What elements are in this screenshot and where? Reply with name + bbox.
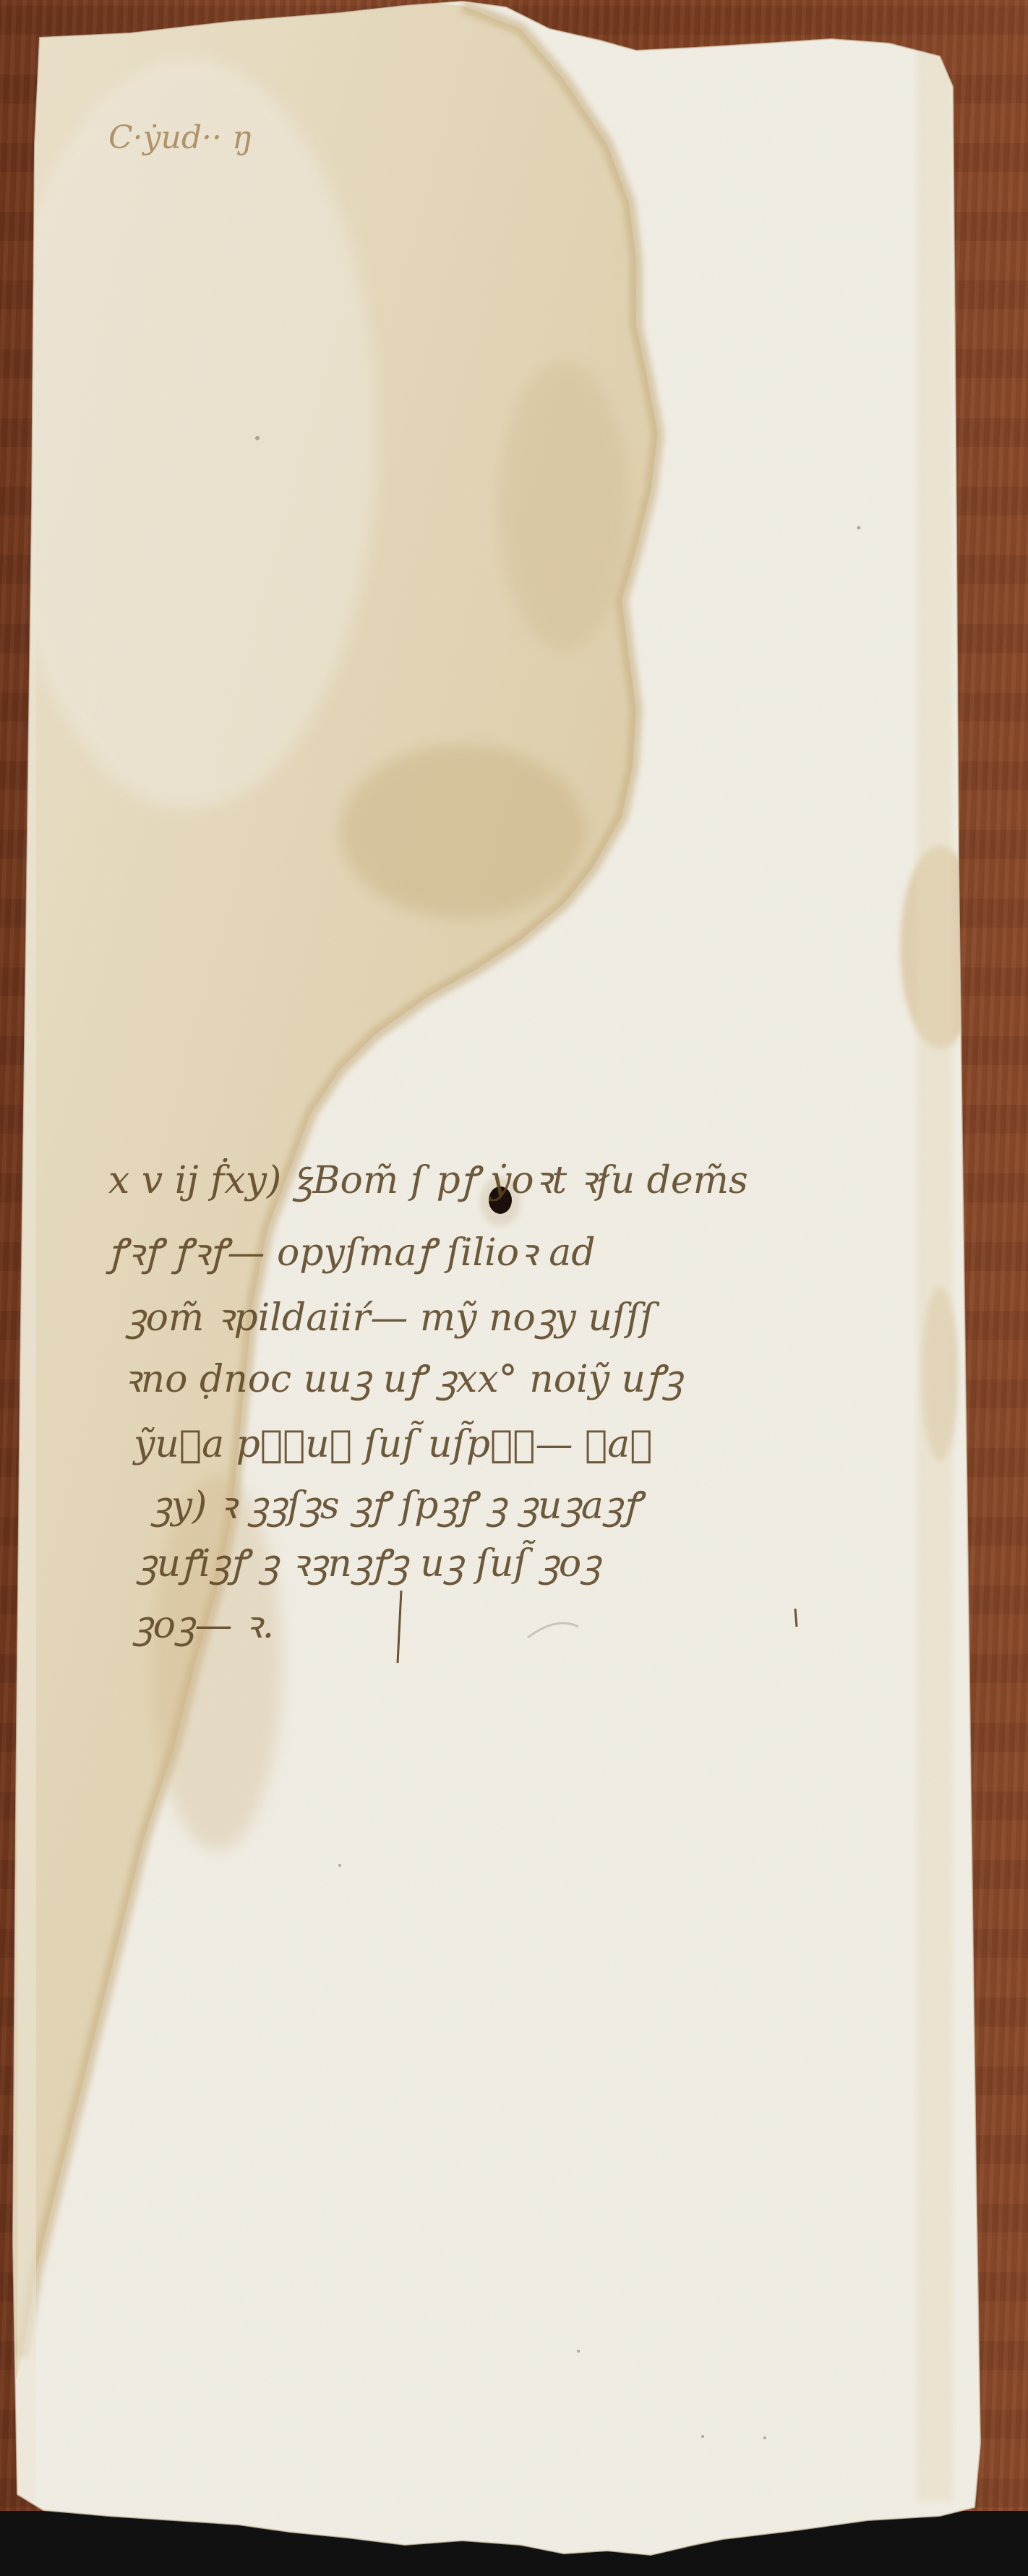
script-line-2: ꝭꝛꝭ ꝭꝛꝭ— opyſmaꝭ ſilioꝛ ad [106, 1231, 596, 1275]
top-notation-text: C·ẏud·· ŋ [108, 119, 252, 156]
manuscript-leaf: C·ẏud·· ŋ x v ij ḟxy) ꝣBom̃ ſ pꝭ ẏoꝛt ꝛẜ… [0, 0, 1028, 2576]
script-line-8: ꝫoꝫ— ꝛ. [132, 1604, 274, 1647]
script-line-4: ꝛno ḍnoc uuꝫ uꝭ ꝫxx° noiỹ uꝭꝫ [123, 1358, 685, 1401]
top-notation: C·ẏud·· ŋ [108, 119, 252, 156]
script-line-1: x v ij ḟxy) ꝣBom̃ ſ pꝭ ẏoꝛt ꝛẜu dem̃s [108, 1158, 748, 1202]
script-line-3: ꝫom̃ ꝛpildaiiŕ— mỹ noꝫy uſſſ [125, 1296, 659, 1340]
script-line-5: ỹuᷓa pꝫꝭuꝫ ſuſ̃ uſ̃pꝭꝫ— ꝫaꝫ [132, 1421, 652, 1466]
script-line-6: ꝫy) ꝛ ꝫꝫſꝫs ꝫꝭ ſpꝫꝭ ꝫ ꝫuꝫaꝫꝭ [150, 1484, 646, 1528]
script-line-7: ꝫuꝭiꝫꝭ ꝫ ꝛꝫnꝫꝭꝫ uꝫ ſuſ̃ ꝫoꝫ [136, 1540, 602, 1586]
